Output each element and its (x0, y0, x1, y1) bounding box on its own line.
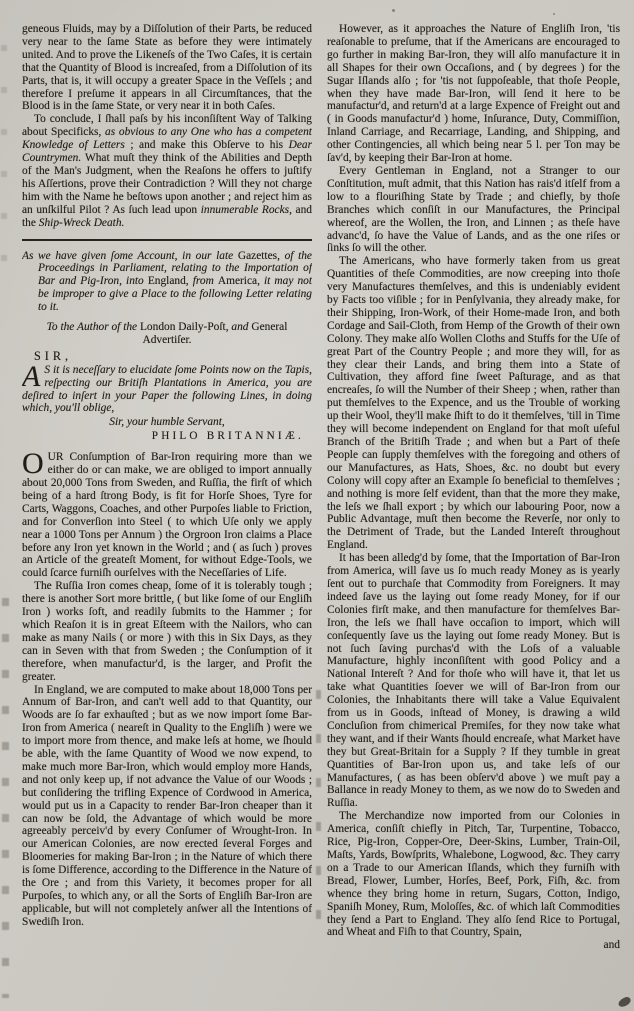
scan-artifact-corner-smudge (617, 996, 632, 1009)
italic-text: To the Author of the (47, 321, 140, 333)
paragraph-consumption: OUR Conſumption of Bar-Iron requiring mo… (22, 451, 312, 580)
scan-artifact-gutter-ink (316, 690, 321, 945)
roman-text: Every Gentleman in England, not a Strang… (327, 165, 620, 254)
salutation: SIR, (22, 350, 312, 363)
right-column: However, as it approaches the Nature of … (327, 23, 620, 952)
italic-text: Ship-Wreck Death. (39, 217, 125, 229)
left-column: geneous Fluids, may by a Diſſolution of … (22, 23, 312, 929)
roman-text: UR Conſumption of Bar-Iron requiring mor… (22, 451, 312, 579)
paragraph-every-gentleman: Every Gentleman in England, not a Strang… (327, 165, 620, 255)
roman-text: The Merchandize now imported from our Co… (327, 810, 620, 938)
scan-artifact-speck (392, 9, 395, 12)
paragraph-however: However, as it approaches the Nature of … (327, 23, 620, 165)
italic-text: and (231, 321, 251, 333)
scan-artifact-left-edge-top (1, 45, 7, 265)
paragraph-england-iron: In England, we are computed to make abou… (22, 684, 312, 929)
letter-intro: AS it is neceſſary to elucidate ſome Poi… (22, 364, 312, 416)
editorial-notice: As we have given ſome Account, in our la… (22, 250, 312, 315)
scan-artifact-left-edge-bottom (2, 598, 9, 998)
roman-text: In England, we are computed to make abou… (22, 684, 312, 928)
paragraph-merchandize: The Merchandize now imported from our Co… (327, 810, 620, 939)
roman-text: ; and make this Obſerve to his (125, 139, 289, 151)
drop-cap-o: O (22, 451, 48, 476)
drop-cap-a: A (22, 364, 44, 389)
italic-text: As we have given ſome Account, in our la… (22, 250, 238, 262)
paragraph-the-americans: The Americans, who have formerly taken f… (327, 255, 620, 552)
paragraph-fluids-continuation: geneous Fluids, may by a Diſſolution of … (22, 23, 312, 113)
roman-text: It has been alledg'd by ſome, that the I… (327, 552, 620, 809)
scan-artifact-speck (553, 13, 555, 15)
italic-text: innumerable Rocks, (201, 204, 292, 216)
letter-address: To the Author of the London Daily-Poſt, … (22, 321, 312, 347)
italic-text: from (189, 275, 218, 287)
paragraph-conclude: To conclude, I ſhall paſs by his inconſi… (22, 113, 312, 229)
roman-text: The Americans, who have formerly taken f… (327, 255, 620, 551)
roman-text: England, (148, 275, 189, 287)
catchword: and (327, 939, 620, 952)
italic-text: S it is neceſſary to elucidate ſome Poin… (22, 364, 312, 415)
roman-text: Gazettes, (238, 250, 280, 262)
roman-text: London Daily-Poſt, (140, 321, 231, 333)
roman-text: America, (218, 275, 260, 287)
roman-text: However, as it approaches the Nature of … (327, 23, 620, 164)
roman-text: geneous Fluids, may by a Diſſolution of … (22, 23, 312, 112)
section-divider-rule (22, 239, 312, 241)
valediction: Sir, your humble Servant, (22, 416, 312, 429)
roman-text: The Ruſſia Iron comes cheap, ſome of it … (22, 580, 312, 682)
newspaper-page: geneous Fluids, may by a Diſſolution of … (0, 0, 634, 1011)
paragraph-alledged: It has been alledg'd by ſome, that the I… (327, 552, 620, 810)
paragraph-russia-iron: The Ruſſia Iron comes cheap, ſome of it … (22, 580, 312, 683)
signature-philo-britanniae: PHILO BRITANNIÆ. (22, 430, 304, 443)
